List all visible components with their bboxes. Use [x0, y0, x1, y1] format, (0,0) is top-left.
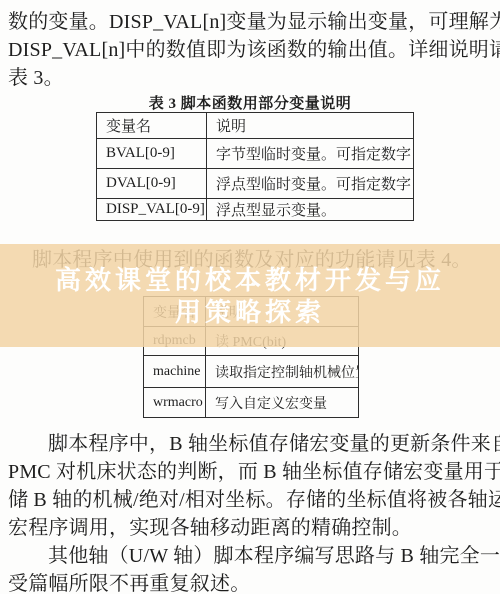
table-row: DVAL[0-9] 浮点型临时变量。可指定数字 0~9 [97, 169, 414, 199]
banner-title-line: 高效课堂的校本教材开发与应 [0, 244, 500, 296]
paragraph-intro: 数的变量。DISP_VAL[n]变量为显示输出变量，可理解为 DISP_VAL[… [8, 8, 494, 92]
table-cell: 写入自定义宏变量 [206, 388, 359, 418]
table-cell: machine [144, 356, 206, 388]
table-cell: DISP_VAL[0-9] [97, 199, 207, 221]
table-header-cell: 说明 [207, 113, 414, 139]
paragraph-line: 储 B 轴的机械/绝对/相对坐标。存储的坐标值将被各轴运动 [8, 486, 494, 514]
banner-overlay: 高效课堂的校本教材开发与应 用策略探索 [0, 244, 500, 347]
table-cell: 读取指定控制轴机械位置 [206, 356, 359, 388]
paragraph-line: 脚本程序中，B 轴坐标值存储宏变量的更新条件来自 [8, 430, 494, 458]
paragraph-line: 宏程序调用，实现各轴移动距离的精确控制。 [8, 514, 494, 542]
banner-title-line: 用策略探索 [0, 296, 500, 328]
table-cell: BVAL[0-9] [97, 139, 207, 169]
paragraph-b-axis: 脚本程序中，B 轴坐标值存储宏变量的更新条件来自 PMC 对机床状态的判断，而 … [8, 430, 494, 594]
table-cell: 浮点型显示变量。 [207, 199, 414, 221]
paragraph-line: PMC 对机床状态的判断，而 B 轴坐标值存储宏变量用于存 [8, 458, 494, 486]
table-row: wrmacro 写入自定义宏变量 [144, 388, 359, 418]
paragraph-line: 数的变量。DISP_VAL[n]变量为显示输出变量，可理解为 [8, 8, 494, 36]
paragraph-line: 表 3。 [8, 64, 494, 92]
paragraph-line: 受篇幅所限不再重复叙述。 [8, 570, 494, 594]
table-row: BVAL[0-9] 字节型临时变量。可指定数字 0~9 [97, 139, 414, 169]
paragraph-line: 其他轴（U/W 轴）脚本程序编写思路与 B 轴完全一致， [8, 542, 494, 570]
table-header-cell: 变量名 [97, 113, 207, 139]
paragraph-line: DISP_VAL[n]中的数值即为该函数的输出值。详细说明请见 [8, 36, 494, 64]
table-cell: 浮点型临时变量。可指定数字 0~9 [207, 169, 414, 199]
table-row: DISP_VAL[0-9] 浮点型显示变量。 [97, 199, 414, 221]
table-cell: DVAL[0-9] [97, 169, 207, 199]
table-cell: wrmacro [144, 388, 206, 418]
table-header-row: 变量名 说明 [97, 113, 414, 139]
table-cell: 字节型临时变量。可指定数字 0~9 [207, 139, 414, 169]
table3-variables: 变量名 说明 BVAL[0-9] 字节型临时变量。可指定数字 0~9 DVAL[… [96, 112, 414, 221]
table3-caption: 表 3 脚本函数用部分变量说明 [0, 92, 500, 113]
table-row: machine 读取指定控制轴机械位置 [144, 356, 359, 388]
